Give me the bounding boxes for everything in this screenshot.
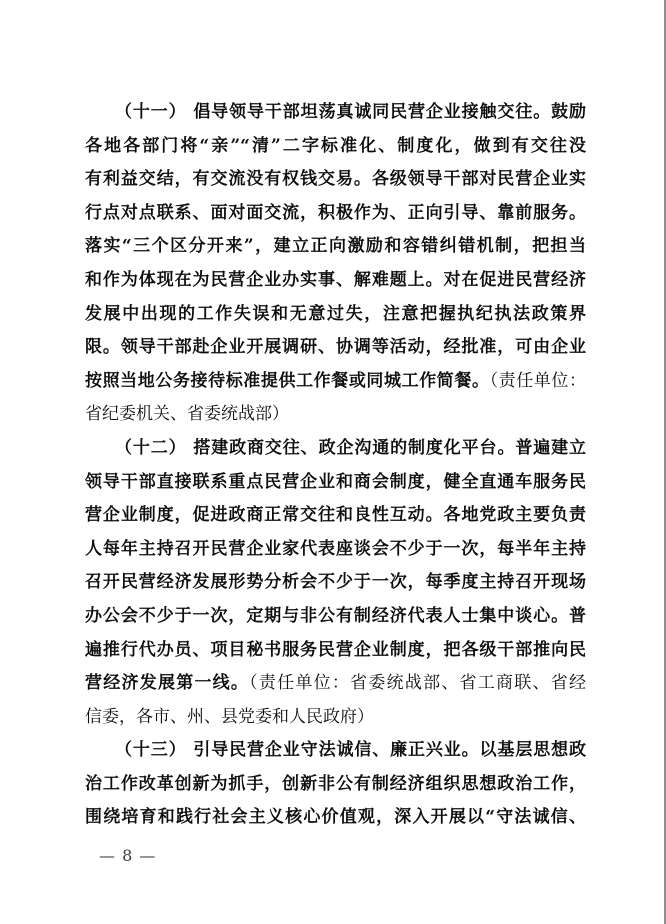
text-line: 信委，各市、州、县党委和人民政府） bbox=[85, 701, 586, 735]
paragraph-text: 领导干部直接联系重点民营企业和商会制度，健全直通车服务民 bbox=[85, 472, 586, 492]
text-line: 各地各部门将“亲”“清”二字标准化、制度化，做到有交往没 bbox=[85, 130, 586, 164]
paragraph-text: 营企业制度，促进政商正常交往和良性互动。各地党政主要负责 bbox=[85, 505, 586, 525]
text-line: 围绕培育和践行社会主义核心价值观，深入开展以“守法诚信、 bbox=[85, 801, 586, 835]
text-line: 召开民营经济发展形势分析会不少于一次，每季度主持召开现场 bbox=[85, 566, 586, 600]
paragraph-text: （十一） 倡导领导干部坦荡真诚同民营企业接触交往。鼓励 bbox=[115, 102, 586, 122]
paragraph-text: 营经济发展第一线。 bbox=[85, 673, 249, 693]
paragraph-text: 落实“三个区分开来”，建立正向激励和容错纠错机制，把担当 bbox=[85, 236, 586, 256]
document-text-block: （十一） 倡导领导干部坦荡真诚同民营企业接触交往。鼓励 各地各部门将“亲”“清”… bbox=[85, 96, 586, 835]
text-line: （十三） 引导民营企业守法诚信、廉正兴业。以基层思想政 bbox=[85, 734, 586, 768]
paragraph-text: 限。领导干部赴企业开展调研、协调等活动，经批准，可由企业 bbox=[85, 337, 586, 357]
page-number: — 8 — bbox=[99, 845, 156, 867]
text-line: 办公会不少于一次，定期与非公有制经济代表人士集中谈心。普 bbox=[85, 600, 586, 634]
paragraph-text: 各地各部门将“亲”“清”二字标准化、制度化，做到有交往没 bbox=[85, 136, 586, 156]
paragraph-text: 发展中出现的工作失误和无意过失，注意把握执纪执法政策界 bbox=[85, 304, 586, 324]
text-line: 发展中出现的工作失误和无意过失，注意把握执纪执法政策界 bbox=[85, 298, 586, 332]
paragraph-text: 围绕培育和践行社会主义核心价值观，深入开展以“守法诚信、 bbox=[85, 807, 586, 827]
paragraph-text: 召开民营经济发展形势分析会不少于一次，每季度主持召开现场 bbox=[85, 572, 586, 592]
text-line: 限。领导干部赴企业开展调研、协调等活动，经批准，可由企业 bbox=[85, 331, 586, 365]
text-line: 落实“三个区分开来”，建立正向激励和容错纠错机制，把担当 bbox=[85, 230, 586, 264]
paragraph-text: 和作为体现在为民营企业办实事、解难题上。对在促进民营经济 bbox=[85, 270, 586, 290]
text-line: （十一） 倡导领导干部坦荡真诚同民营企业接触交往。鼓励 bbox=[85, 96, 586, 130]
paragraph-text: 治工作改革创新为抓手，创新非公有制经济组织思想政治工作， bbox=[85, 774, 586, 794]
responsibility-unit-text: 省纪委机关、省委统战部） bbox=[85, 404, 289, 424]
paragraph-text: 遍推行代办员、项目秘书服务民营企业制度，把各级干部推向民 bbox=[85, 640, 586, 660]
paragraph-text: 办公会不少于一次，定期与非公有制经济代表人士集中谈心。普 bbox=[85, 606, 586, 626]
responsibility-unit-text: 信委，各市、州、县党委和人民政府） bbox=[85, 707, 374, 727]
responsibility-unit-text: （责任单位： bbox=[490, 371, 586, 391]
text-line: 领导干部直接联系重点民营企业和商会制度，健全直通车服务民 bbox=[85, 466, 586, 500]
paragraph-text: （十二） 搭建政商交往、政企沟通的制度化平台。普遍建立 bbox=[115, 438, 586, 458]
text-line: 行点对点联系、面对面交流，积极作为、正向引导、靠前服务。 bbox=[85, 197, 586, 231]
text-line: 遍推行代办员、项目秘书服务民营企业制度，把各级干部推向民 bbox=[85, 634, 586, 668]
text-line: 和作为体现在为民营企业办实事、解难题上。对在促进民营经济 bbox=[85, 264, 586, 298]
text-line: 省纪委机关、省委统战部） bbox=[85, 398, 586, 432]
paragraph-text: 人每年主持召开民营企业家代表座谈会不少于一次，每半年主持 bbox=[85, 539, 586, 559]
paragraph-text: （十三） 引导民营企业守法诚信、廉正兴业。以基层思想政 bbox=[115, 740, 586, 760]
text-line: 营企业制度，促进政商正常交往和良性互动。各地党政主要负责 bbox=[85, 499, 586, 533]
text-line: 有利益交结，有交流没有权钱交易。各级领导干部对民营企业实 bbox=[85, 163, 586, 197]
text-line: （十二） 搭建政商交往、政企沟通的制度化平台。普遍建立 bbox=[85, 432, 586, 466]
document-page: （十一） 倡导领导干部坦荡真诚同民营企业接触交往。鼓励 各地各部门将“亲”“清”… bbox=[0, 0, 666, 924]
responsibility-unit-text: （责任单位：省委统战部、省工商联、省经 bbox=[249, 673, 586, 693]
text-line: 按照当地公务接待标准提供工作餐或同城工作简餐。（责任单位： bbox=[85, 365, 586, 399]
text-line: 营经济发展第一线。（责任单位：省委统战部、省工商联、省经 bbox=[85, 667, 586, 701]
paragraph-text: 行点对点联系、面对面交流，积极作为、正向引导、靠前服务。 bbox=[85, 203, 586, 223]
paragraph-text: 按照当地公务接待标准提供工作餐或同城工作简餐。 bbox=[85, 371, 490, 391]
text-line: 治工作改革创新为抓手，创新非公有制经济组织思想政治工作， bbox=[85, 768, 586, 802]
paragraph-text: 有利益交结，有交流没有权钱交易。各级领导干部对民营企业实 bbox=[85, 169, 586, 189]
text-line: 人每年主持召开民营企业家代表座谈会不少于一次，每半年主持 bbox=[85, 533, 586, 567]
